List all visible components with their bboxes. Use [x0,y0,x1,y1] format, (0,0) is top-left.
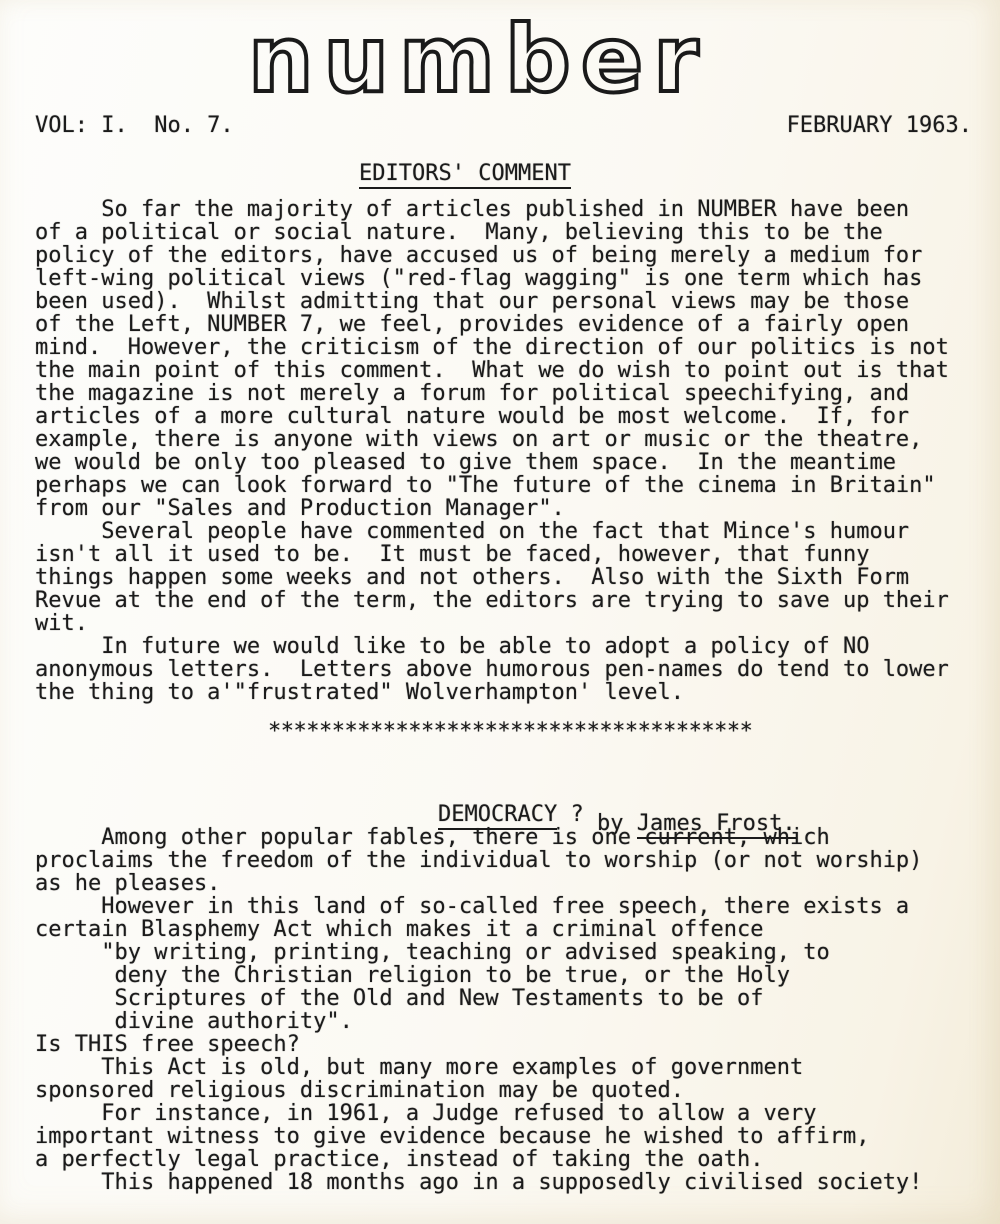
asterisk-divider: ************************************** [268,720,752,743]
democracy-question-mark: ? [557,802,597,827]
editors-comment-heading: EDITORS' COMMENT [0,162,930,185]
issue-header: VOL: I. No. 7. FEBRUARY 1963. [35,114,972,137]
masthead-title: number [248,14,708,106]
democracy-body: Among other popular fables, there is one… [35,826,922,1194]
editors-comment-title: EDITORS' COMMENT [359,161,571,189]
editors-comment-body: So far the majority of articles publishe… [35,198,949,704]
magazine-page: number VOL: I. No. 7. FEBRUARY 1963. EDI… [0,0,1000,1224]
volume-number: VOL: I. No. 7. [35,114,234,137]
issue-date: FEBRUARY 1963. [787,114,972,137]
